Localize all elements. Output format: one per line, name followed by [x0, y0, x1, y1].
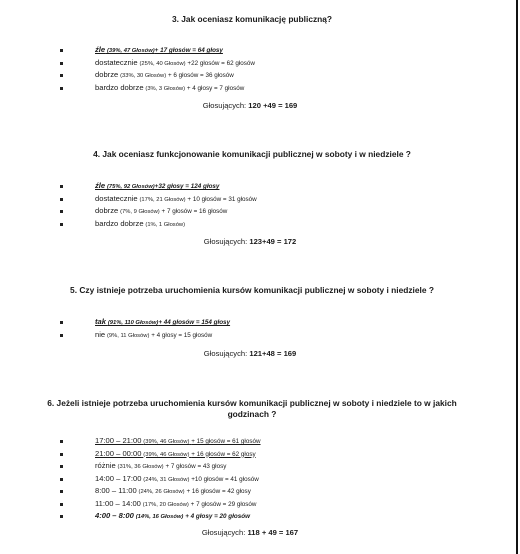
bullet-icon	[60, 49, 63, 52]
answer-item: dobrze (33%, 30 Głosów) + 6 głosów = 36 …	[0, 69, 520, 82]
answer-detail: (39%, 47 Głosów)	[107, 48, 155, 54]
bullet-icon	[60, 210, 63, 213]
voters-label: Głosujących:	[204, 237, 247, 246]
voters-label: Głosujących:	[202, 528, 245, 537]
answer-item: źle (75%, 92 Głosów)+32 głosy = 124 głos…	[0, 180, 520, 193]
voters-count: 121+48 = 169	[249, 349, 296, 358]
bullet-icon	[60, 74, 63, 77]
question-5-answers: tak (91%, 110 Głosów)+ 44 głosów = 154 g…	[0, 316, 520, 341]
bullet-icon	[60, 515, 63, 518]
answer-detail: (17%, 21 Głosów)	[139, 197, 185, 203]
answer-item: nie (9%, 11 Głosów) + 4 głosy = 15 głosó…	[0, 329, 520, 342]
question-6-title: 6. Jeżeli istnieje potrzeba uruchomienia…	[0, 398, 520, 420]
question-6-answers: 17:00 – 21:00 (39%, 46 Głosów) + 15 głos…	[0, 435, 520, 523]
answer-detail: (9%, 11 Głosów)	[107, 333, 149, 339]
bullet-icon	[60, 503, 63, 506]
answer-detail: (39%, 46 Głosów)	[143, 439, 189, 445]
voters-count: 120 +49 = 169	[248, 101, 297, 110]
voters-count: 118 + 49 = 167	[247, 528, 298, 537]
answer-detail: (3%, 3 Głosów)	[145, 86, 185, 92]
answer-detail: (75%, 92 Głosów)	[107, 184, 155, 190]
answer-calc: +32 głosy = 124 głosy	[155, 183, 220, 190]
bullet-icon	[60, 62, 63, 65]
question-5-section: 5. Czy istnieje potrzeba uruchomienia ku…	[0, 285, 520, 296]
answer-item: bardzo dobrze (1%, 1 Głosów)	[0, 218, 520, 231]
answer-detail: (39%, 46 Głosów)	[143, 452, 189, 458]
answer-label: 14:00 – 17:00	[95, 474, 141, 483]
bullet-icon	[60, 453, 63, 456]
answer-detail: (7%, 9 Głosów)	[120, 209, 160, 215]
question-4-section: 4. Jak oceniasz funkcjonowanie komunikac…	[0, 149, 520, 160]
voters-label: Głosujących:	[203, 101, 246, 110]
question-6-voters: Głosujących: 118 + 49 = 167	[0, 528, 520, 537]
question-4-answers: źle (75%, 92 Głosów)+32 głosy = 124 głos…	[0, 180, 520, 230]
bullet-icon	[60, 440, 63, 443]
answer-calc: + 4 głosy = 20 głosów	[185, 513, 250, 520]
answer-detail: (17%, 20 Głosów)	[143, 502, 189, 508]
answer-detail: (24%, 31 Głosów)	[143, 477, 189, 483]
answer-item: 4:00 – 8:00 (14%, 16 Głosów) + 4 głosy =…	[0, 510, 520, 523]
bullet-icon	[60, 87, 63, 90]
answer-calc: + 17 głosów = 64 głosy	[155, 47, 223, 54]
voters-count: 123+49 = 172	[249, 237, 296, 246]
answer-calc: + 7 głosów = 16 głosów	[162, 208, 228, 215]
answer-calc: + 7 głosów = 43 głosy	[165, 463, 226, 470]
question-4-voters: Głosujących: 123+49 = 172	[0, 237, 520, 246]
answer-label: dobrze	[95, 70, 118, 79]
bullet-icon	[60, 465, 63, 468]
answer-item: dostatecznie (17%, 21 Głosów) + 10 głosó…	[0, 193, 520, 206]
answer-item: dobrze (7%, 9 Głosów) + 7 głosów = 16 gł…	[0, 205, 520, 218]
answer-label: dostatecznie	[95, 58, 138, 67]
answer-item: różnie (31%, 36 Głosów) + 7 głosów = 43 …	[0, 460, 520, 473]
answer-item: 14:00 – 17:00 (24%, 31 Głosów) +10 głosó…	[0, 473, 520, 486]
answer-calc: +10 głosów = 41 głosów	[191, 476, 259, 483]
question-3-voters: Głosujących: 120 +49 = 169	[0, 101, 520, 110]
answer-calc: + 15 głosów = 61 głosów	[191, 438, 260, 445]
answer-label: bardzo dobrze	[95, 83, 144, 92]
answer-label: 21:00 – 00:00	[95, 449, 141, 458]
bullet-icon	[60, 223, 63, 226]
answer-item: 8:00 – 11:00 (24%, 26 Głosów) + 16 głosó…	[0, 485, 520, 498]
answer-label: bardzo dobrze	[95, 219, 144, 228]
answer-calc: + 16 głosów = 42 głosy	[186, 488, 250, 495]
answer-detail: (25%, 40 Głosów)	[139, 61, 185, 67]
bullet-icon	[60, 490, 63, 493]
answer-calc: + 16 głosów = 62 głosy	[191, 451, 255, 458]
question-4-title: 4. Jak oceniasz funkcjonowanie komunikac…	[0, 149, 520, 160]
answer-calc: + 7 głosów = 29 głosów	[191, 501, 257, 508]
answer-calc: + 6 głosów = 36 głosów	[168, 72, 234, 79]
bullet-icon	[60, 185, 63, 188]
question-5-voters: Głosujących: 121+48 = 169	[0, 349, 520, 358]
answer-label: 17:00 – 21:00	[95, 436, 141, 445]
answer-label: dostatecznie	[95, 194, 138, 203]
answer-label: nie	[95, 330, 105, 339]
bullet-icon	[60, 198, 63, 201]
voters-label: Głosujących:	[204, 349, 247, 358]
answer-label: 4:00 – 8:00	[95, 511, 134, 520]
answer-label: dobrze	[95, 206, 118, 215]
answer-item: dostatecznie (25%, 40 Głosów) +22 głosów…	[0, 57, 520, 70]
answer-label: różnie	[95, 461, 116, 470]
answer-calc: +22 głosów = 62 głosów	[187, 60, 255, 67]
answer-item: 17:00 – 21:00 (39%, 46 Głosów) + 15 głos…	[0, 435, 520, 448]
question-6-section: 6. Jeżeli istnieje potrzeba uruchomienia…	[0, 398, 520, 420]
answer-label: źle	[95, 45, 105, 54]
answer-detail: (1%, 1 Głosów)	[145, 222, 185, 228]
answer-detail: (33%, 30 Głosów)	[120, 73, 166, 79]
question-3-answers: źle (39%, 47 Głosów)+ 17 głosów = 64 gło…	[0, 44, 520, 94]
question-3-section: 3. Jak oceniasz komunikację publiczną? ź…	[0, 14, 520, 25]
answer-item: bardzo dobrze (3%, 3 Głosów) + 4 głosy =…	[0, 82, 520, 95]
answer-item: 11:00 – 14:00 (17%, 20 Głosów) + 7 głosó…	[0, 498, 520, 511]
question-3-title: 3. Jak oceniasz komunikację publiczną?	[0, 14, 520, 25]
answer-item: tak (91%, 110 Głosów)+ 44 głosów = 154 g…	[0, 316, 520, 329]
answer-label: źle	[95, 181, 105, 190]
answer-detail: (91%, 110 Głosów)	[108, 320, 158, 326]
answer-item: źle (39%, 47 Głosów)+ 17 głosów = 64 gło…	[0, 44, 520, 57]
answer-label: tak	[95, 317, 106, 326]
bullet-icon	[60, 334, 63, 337]
answer-calc: + 44 głosów = 154 głosy	[158, 319, 230, 326]
answer-calc: + 4 głosy = 15 głosów	[151, 332, 212, 339]
answer-label: 11:00 – 14:00	[95, 499, 141, 508]
answer-detail: (24%, 26 Głosów)	[139, 489, 185, 495]
answer-calc: + 4 głosy = 7 głosów	[187, 85, 244, 92]
answer-detail: (31%, 36 Głosów)	[118, 464, 164, 470]
bullet-icon	[60, 321, 63, 324]
bullet-icon	[60, 478, 63, 481]
answer-calc: + 10 głosów = 31 głosów	[187, 196, 256, 203]
answer-item: 21:00 – 00:00 (39%, 46 Głosów) + 16 głos…	[0, 448, 520, 461]
answer-label: 8:00 – 11:00	[95, 486, 137, 495]
question-5-title: 5. Czy istnieje potrzeba uruchomienia ku…	[0, 285, 520, 296]
answer-detail: (14%, 16 Głosów)	[136, 514, 184, 520]
